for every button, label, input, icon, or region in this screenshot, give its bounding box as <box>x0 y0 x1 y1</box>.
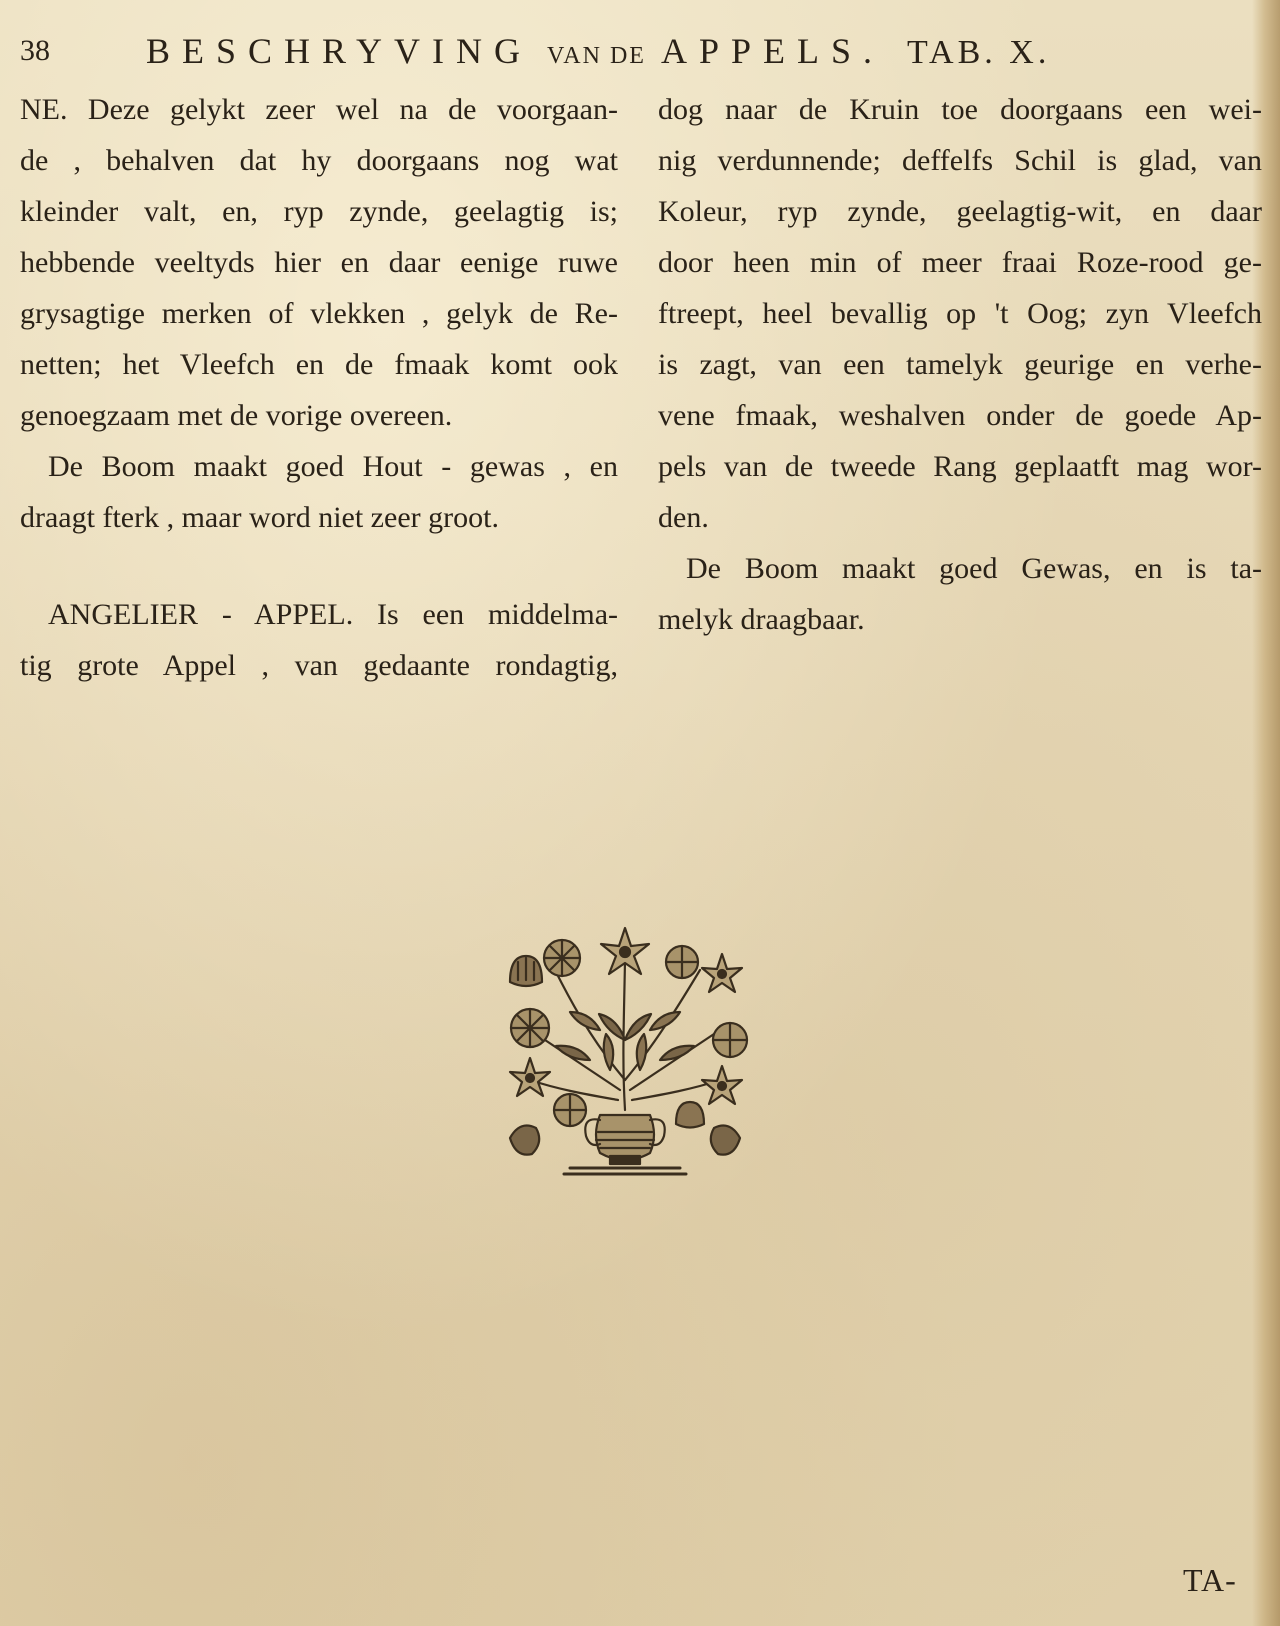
text-line: is zagt, van een tamelyk geurige en verh… <box>658 339 1262 390</box>
paragraph-angelier-continuation: dog naar de Kruin toe doorgaans een wei-… <box>658 84 1262 543</box>
text-line: dog naar de Kruin toe doorgaans een wei- <box>658 84 1262 135</box>
page-number: 38 <box>20 34 50 68</box>
text-line: ftreept, heel bevallig op 't Oog; zyn Vl… <box>658 288 1262 339</box>
book-page: 38 BESCHRYVING VAN DE APPELS. TAB. X. NE… <box>0 0 1280 1626</box>
text-line: draagt fterk , maar word niet zeer groot… <box>20 492 618 543</box>
text-line: kleinder valt, en, ryp zynde, geelagtig … <box>20 186 618 237</box>
paragraph-boom-right: De Boom maakt goed Gewas, en is ta- mely… <box>658 543 1262 645</box>
running-title: BESCHRYVING VAN DE APPELS. TAB. X. <box>146 30 1056 72</box>
title-plate: TAB. X. <box>907 34 1050 71</box>
title-van-de: VAN DE <box>547 43 646 69</box>
paragraph-boom-left: De Boom maakt goed Hout - gewas , en dra… <box>20 441 618 543</box>
catchword: TA- <box>1183 1562 1237 1599</box>
text-line: De Boom maakt goed Gewas, en is ta- <box>658 543 1262 594</box>
text-line: pels van de tweede Rang geplaatft mag wo… <box>658 441 1262 492</box>
text-line: melyk draagbaar. <box>658 594 1262 645</box>
title-beschryving: BESCHRYVING <box>146 31 532 71</box>
text-line: NE. Deze gelykt zeer wel na de voorgaan- <box>20 84 618 135</box>
text-line: nig verdunnende; deffelfs Schil is glad,… <box>658 135 1262 186</box>
text-line: grysagtige merken of vlekken , gelyk de … <box>20 288 618 339</box>
text-line: den. <box>658 492 1262 543</box>
text-line: genoegzaam met de vorige overeen. <box>20 390 618 441</box>
text-line: Koleur, ryp zynde, geelagtig-wit, en daa… <box>658 186 1262 237</box>
section-gap <box>20 543 618 589</box>
text-line: de , behalven dat hy doorgaans nog wat <box>20 135 618 186</box>
running-header: 38 BESCHRYVING VAN DE APPELS. TAB. X. <box>0 26 1280 76</box>
text-line: tig grote Appel , van gedaante rondagtig… <box>20 640 618 691</box>
title-appels: APPELS. <box>661 31 884 71</box>
text-line: hebbende veeltyds hier en daar eenige ru… <box>20 237 618 288</box>
text-line: De Boom maakt goed Hout - gewas , en <box>20 441 618 492</box>
paragraph-angelier-appel: ANGELIER - APPEL. Is een middelma- tig g… <box>20 589 618 691</box>
paragraph-ne-continuation: NE. Deze gelykt zeer wel na de voorgaan-… <box>20 84 618 441</box>
text-line: door heen min of meer fraai Roze-rood ge… <box>658 237 1262 288</box>
text-line: ANGELIER - APPEL. Is een middelma- <box>20 589 618 640</box>
text-line: vene fmaak, weshalven onder de goede Ap- <box>658 390 1262 441</box>
left-column: NE. Deze gelykt zeer wel na de voorgaan-… <box>20 84 618 691</box>
text-line: netten; het Vleefch en de fmaak komt ook <box>20 339 618 390</box>
right-column: dog naar de Kruin toe doorgaans een wei-… <box>658 84 1262 645</box>
flower-vase-woodcut-icon <box>500 910 750 1180</box>
